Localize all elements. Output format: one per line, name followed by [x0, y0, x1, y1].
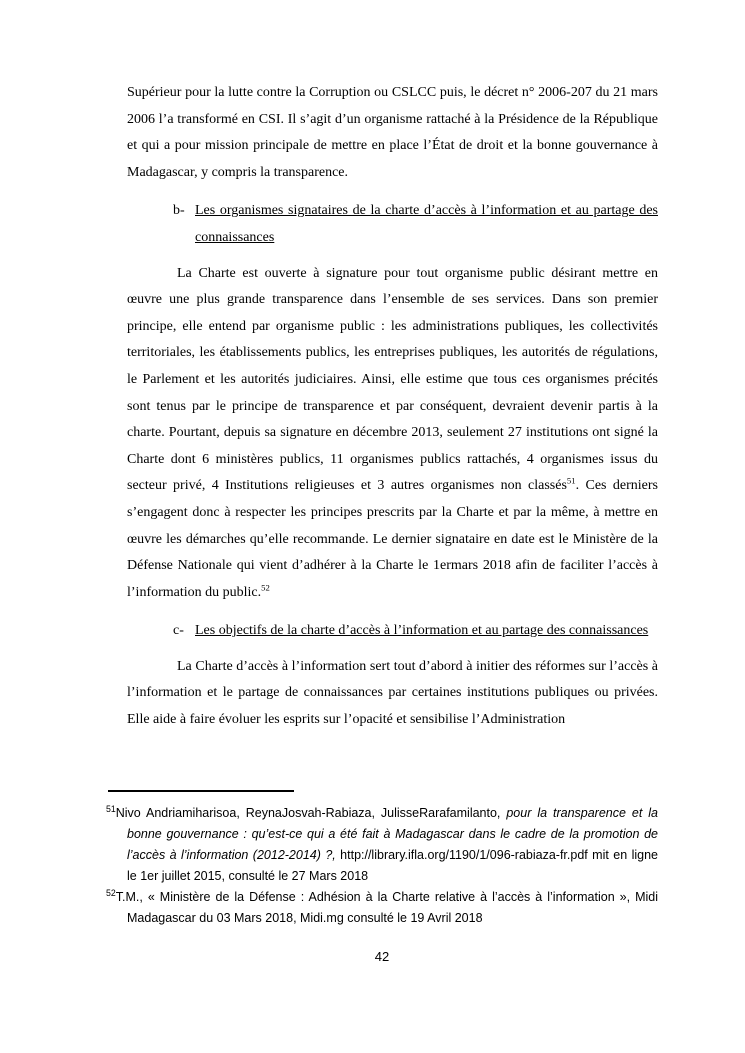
body-paragraph-1: Supérieur pour la lutte contre la Corrup…	[127, 80, 658, 186]
paragraph-text: La Charte d’accès à l’information sert t…	[127, 659, 658, 727]
section-heading-b: b-Les organismes signataires de la chart…	[127, 198, 658, 251]
body-paragraph-3: La Charte d’accès à l’information sert t…	[127, 654, 658, 734]
paragraph-text: . Ces derniers s’engagent donc à respect…	[127, 478, 658, 599]
document-page: Supérieur pour la lutte contre la Corrup…	[0, 0, 745, 1053]
footnote-ref-52: 52	[261, 582, 270, 592]
heading-title: Les organismes signataires de la charte …	[195, 203, 658, 245]
section-heading-c: c-Les objectifs de la charte d’accès à l…	[127, 618, 658, 645]
footnote-marker: 52	[106, 888, 116, 898]
body-paragraph-2: La Charte est ouverte à signature pour t…	[127, 261, 658, 607]
footnote-52: 52T.M., « Ministère de la Défense : Adhé…	[106, 887, 658, 929]
footnote-ref-51: 51	[567, 476, 576, 486]
footnote-separator	[108, 790, 294, 792]
page-number: 42	[106, 949, 658, 964]
heading-title: Les objectifs de la charte d’accès à l’i…	[195, 623, 648, 638]
paragraph-text: La Charte est ouverte à signature pour t…	[127, 266, 658, 494]
footnote-marker: 51	[106, 804, 116, 814]
footnote-51: 51Nivo Andriamiharisoa, ReynaJosvah-Rabi…	[106, 803, 658, 887]
footnote-text: T.M., « Ministère de la Défense : Adhési…	[116, 890, 658, 925]
document-body: Supérieur pour la lutte contre la Corrup…	[127, 80, 658, 734]
paragraph-text: Supérieur pour la lutte contre la Corrup…	[127, 85, 658, 180]
heading-marker: b-	[173, 198, 185, 225]
heading-marker: c-	[173, 618, 184, 645]
footnote-text: Nivo Andriamiharisoa, ReynaJosvah-Rabiaz…	[116, 806, 507, 820]
footnotes-section: 51Nivo Andriamiharisoa, ReynaJosvah-Rabi…	[106, 790, 658, 929]
